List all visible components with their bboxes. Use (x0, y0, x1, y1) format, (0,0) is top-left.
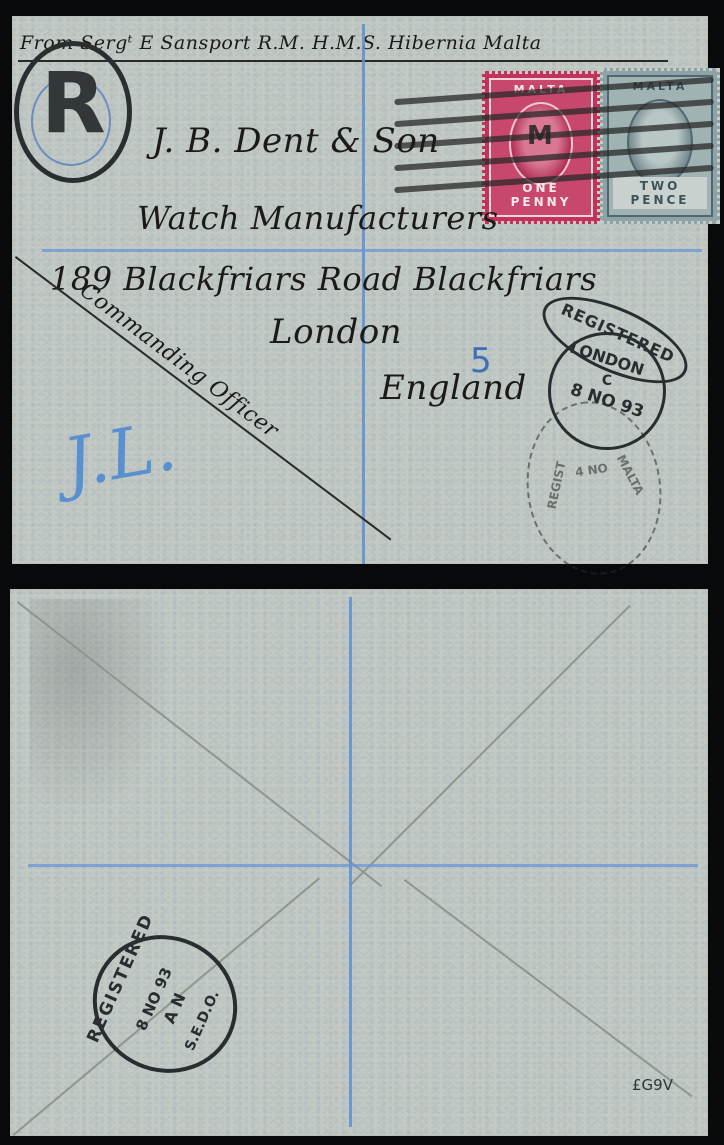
registration-r-handstamp: R (14, 41, 132, 183)
blue-crayon-fee-number: 5 (470, 341, 492, 381)
offset-postmark-smudge (30, 599, 180, 829)
address-line-2: Watch Manufacturers (137, 199, 499, 237)
blue-crayon-vertical-line (349, 597, 352, 1127)
cancel-letter: M (527, 121, 555, 151)
london-cds-postmark: LONDON C 8 NO 93 (548, 332, 666, 450)
registered-sedo-oval-postmark: REGISTERED 8 NO 93 A N S.E.D.O. (71, 912, 260, 1096)
envelope-back: REGISTERED 8 NO 93 A N S.E.D.O. £G9V (10, 589, 708, 1136)
flap-fold-bottom-right (404, 879, 692, 1097)
address-line-5: England (380, 368, 527, 408)
blue-crayon-horizontal-line (28, 864, 698, 867)
registration-letter: R (41, 54, 106, 152)
address-line-4: London (270, 312, 402, 352)
sender-underline (18, 60, 668, 62)
blue-crayon-initials: J.L. (58, 407, 182, 504)
pencil-dealer-note: £G9V (632, 1076, 673, 1094)
flap-fold-right (350, 605, 630, 885)
address-line-3: 189 Blackfriars Road Blackfriars (50, 260, 597, 298)
envelope-front: From Sergᵗ E Sansport R.M. H.M.S. Hibern… (12, 16, 708, 564)
address-line-1: J. B. Dent & Son (152, 121, 440, 161)
blue-crayon-horizontal-line (42, 249, 702, 252)
